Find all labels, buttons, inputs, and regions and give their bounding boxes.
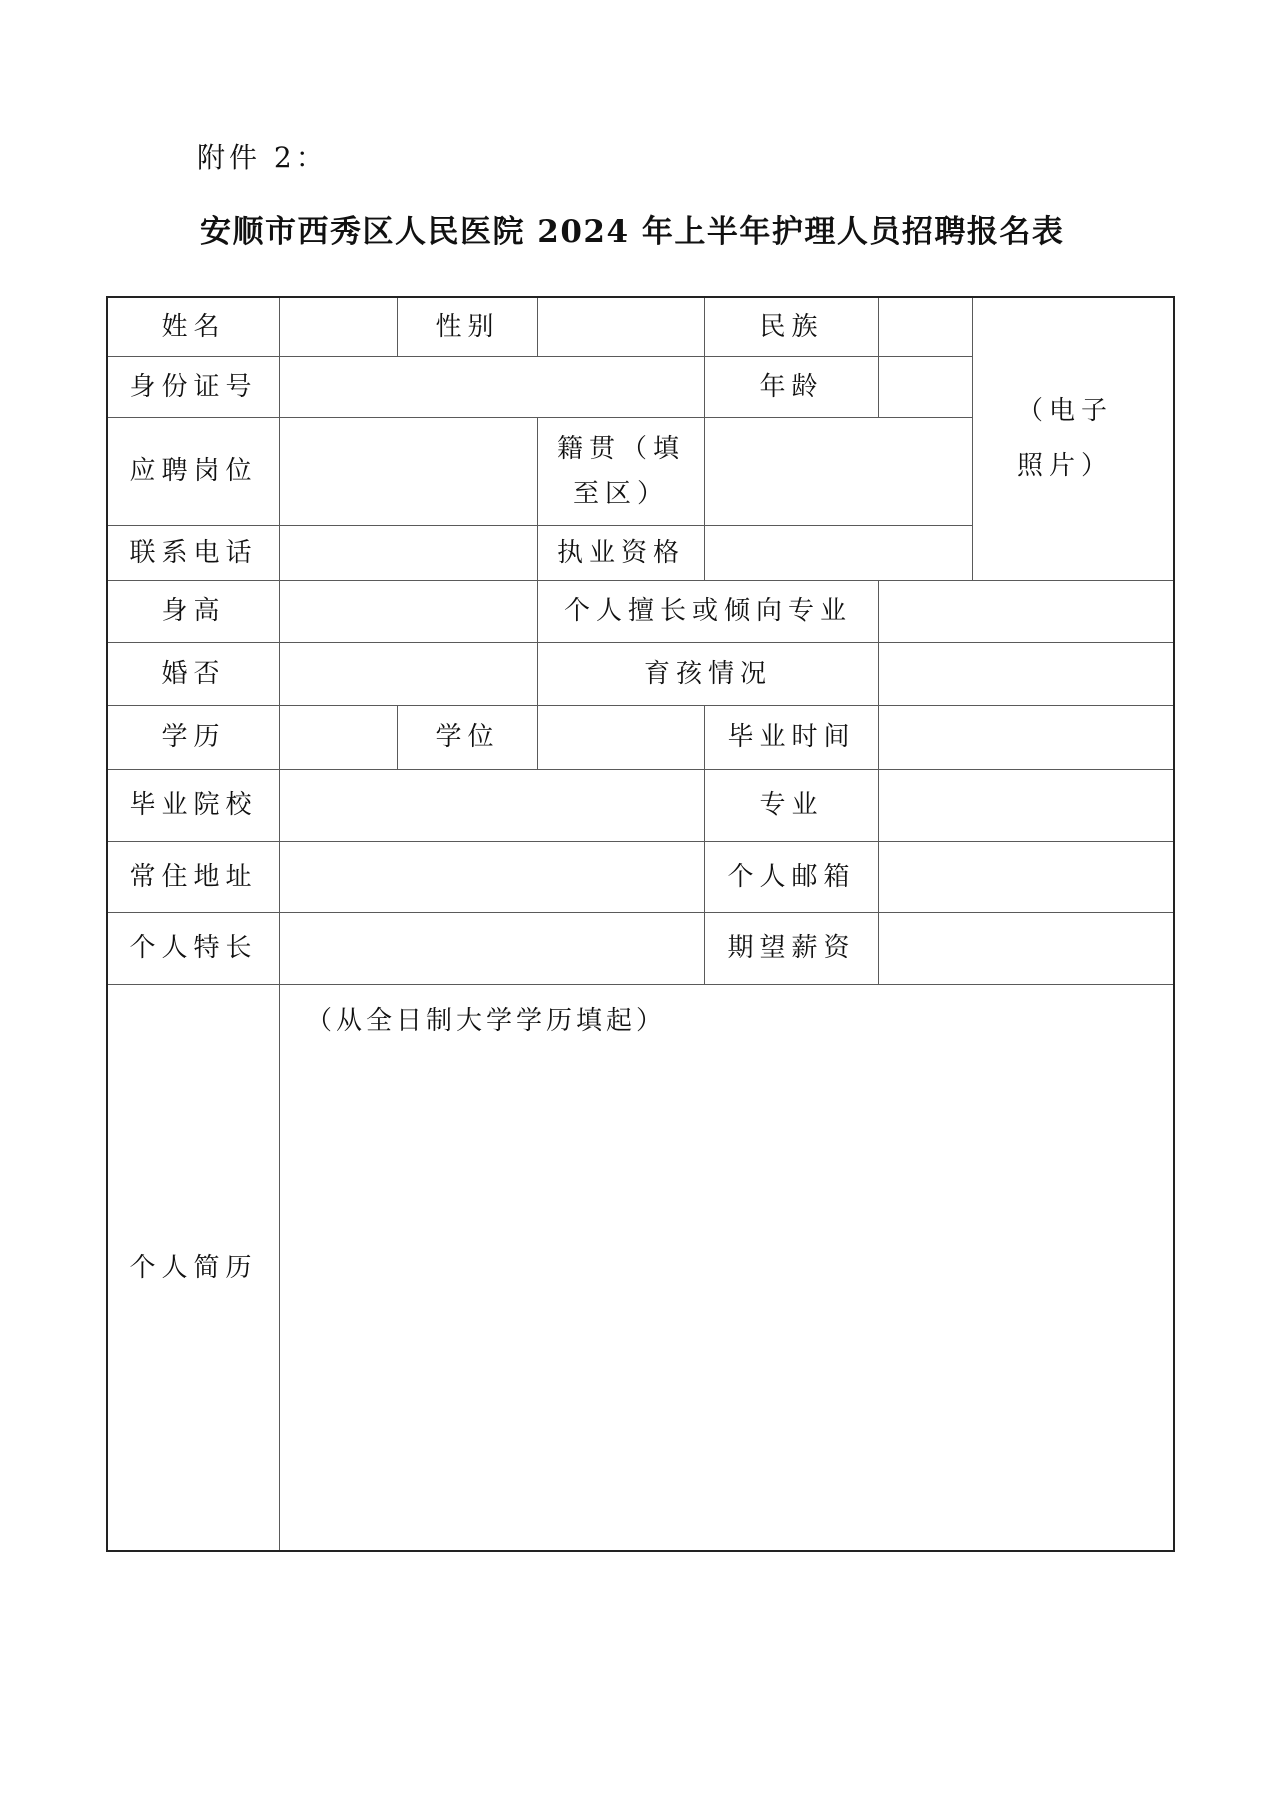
field-id-number[interactable] — [279, 356, 705, 418]
label-address: 常住地址 — [107, 841, 280, 913]
field-address[interactable] — [279, 841, 705, 913]
field-major[interactable] — [878, 769, 1174, 842]
label-gender: 性别 — [397, 297, 538, 357]
field-native-place[interactable] — [704, 417, 973, 526]
field-height[interactable] — [279, 580, 538, 643]
label-position: 应聘岗位 — [107, 417, 280, 526]
label-native-place: 籍贯（填至区） — [537, 417, 705, 526]
label-salary: 期望薪资 — [704, 912, 879, 985]
field-gender[interactable] — [537, 297, 705, 357]
field-children[interactable] — [878, 642, 1174, 706]
label-talent: 个人特长 — [107, 912, 280, 985]
field-age[interactable] — [878, 356, 973, 418]
label-degree: 学位 — [397, 705, 538, 770]
field-license[interactable] — [704, 525, 973, 581]
label-id-number: 身份证号 — [107, 356, 280, 418]
field-phone[interactable] — [279, 525, 538, 581]
photo-placeholder[interactable]: （电子照片） — [972, 297, 1174, 581]
resume-hint: （从全日制大学学历填起） — [306, 1000, 666, 1037]
field-name[interactable] — [279, 297, 398, 357]
field-salary[interactable] — [878, 912, 1174, 985]
field-school[interactable] — [279, 769, 705, 842]
field-marital[interactable] — [279, 642, 538, 706]
label-graduation-time: 毕业时间 — [704, 705, 879, 770]
label-license: 执业资格 — [537, 525, 705, 581]
label-email: 个人邮箱 — [704, 841, 879, 913]
field-education[interactable] — [279, 705, 398, 770]
label-specialty-major: 个人擅长或倾向专业 — [537, 580, 879, 643]
label-resume: 个人简历 — [107, 984, 280, 1552]
form-title: 安顺市西秀区人民医院 2024 年上半年护理人员招聘报名表 — [200, 206, 1080, 251]
field-graduation-time[interactable] — [878, 705, 1174, 770]
field-specialty-major[interactable] — [878, 580, 1174, 643]
field-email[interactable] — [878, 841, 1174, 913]
field-resume[interactable] — [279, 984, 1175, 1552]
label-education: 学历 — [107, 705, 280, 770]
attachment-label: 附件 2： — [197, 136, 328, 176]
label-name: 姓名 — [107, 297, 280, 357]
field-degree[interactable] — [537, 705, 705, 770]
photo-label: （电子照片） — [1017, 384, 1133, 493]
label-ethnicity: 民族 — [704, 297, 879, 357]
label-marital: 婚否 — [107, 642, 280, 706]
label-phone: 联系电话 — [107, 525, 280, 581]
label-children: 育孩情况 — [537, 642, 879, 706]
label-age: 年龄 — [704, 356, 879, 418]
label-major: 专业 — [704, 769, 879, 842]
field-position[interactable] — [279, 417, 538, 526]
field-talent[interactable] — [279, 912, 705, 985]
field-ethnicity[interactable] — [878, 297, 973, 357]
label-height: 身高 — [107, 580, 280, 643]
label-school: 毕业院校 — [107, 769, 280, 842]
